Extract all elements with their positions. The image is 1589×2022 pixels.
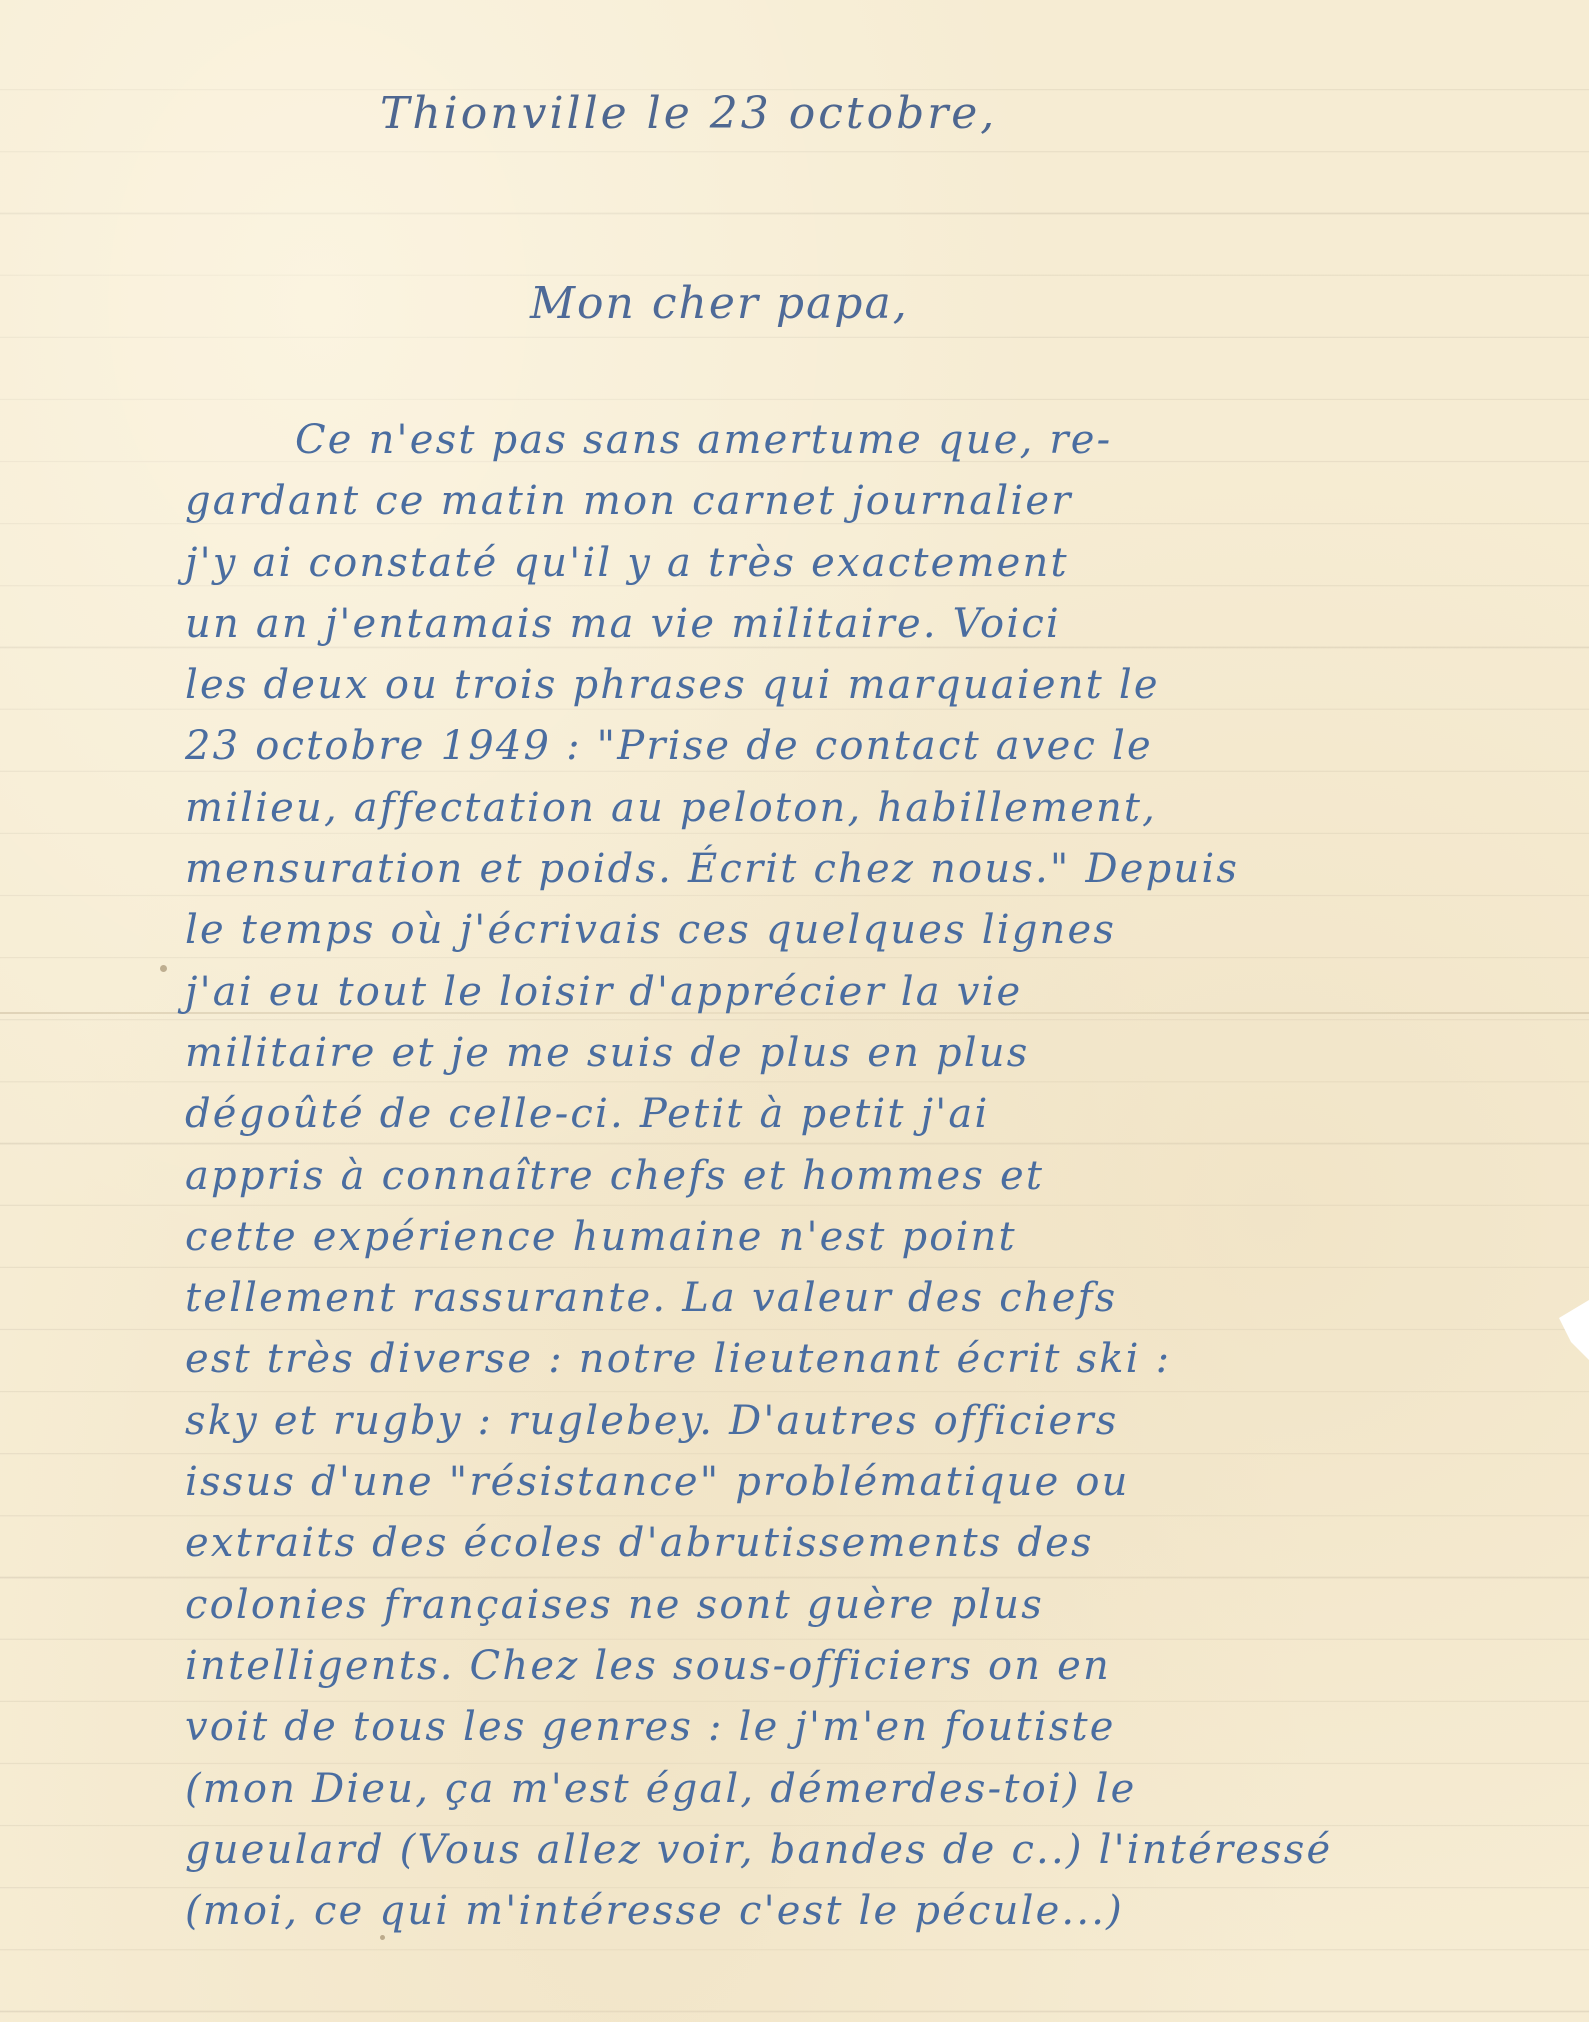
letter-line: gardant ce matin mon carnet journalier: [185, 471, 1585, 532]
letter-line: les deux ou trois phrases qui marquaient…: [185, 655, 1585, 716]
letter-line: cette expérience humaine n'est point: [185, 1207, 1585, 1268]
letter-line: 23 octobre 1949 : "Prise de contact avec…: [185, 716, 1585, 777]
letter-line: voit de tous les genres : le j'm'en fout…: [185, 1697, 1585, 1758]
letter-line: gueulard (Vous allez voir, bandes de c..…: [185, 1820, 1585, 1881]
letter-line: dégoûté de celle-ci. Petit à petit j'ai: [185, 1084, 1585, 1145]
letter-line: milieu, affectation au peloton, habillem…: [185, 778, 1585, 839]
letter-line: sky et rugby : ruglebey. D'autres offici…: [185, 1391, 1585, 1452]
letter-line: issus d'une "résistance" problématique o…: [185, 1452, 1585, 1513]
letter-line: mensuration et poids. Écrit chez nous." …: [185, 839, 1585, 900]
letter-line: un an j'entamais ma vie militaire. Voici: [185, 594, 1585, 655]
letter-line: colonies françaises ne sont guère plus: [185, 1575, 1585, 1636]
letter-line: extraits des écoles d'abrutissements des: [185, 1513, 1585, 1574]
letter-body: Ce n'est pas sans amertume que, re- gard…: [185, 410, 1585, 1942]
letter-salutation: Mon cher papa,: [530, 278, 909, 329]
letter-line: Ce n'est pas sans amertume que, re-: [185, 410, 1585, 471]
letter-line: tellement rassurante. La valeur des chef…: [185, 1268, 1585, 1329]
letter-page: Thionville le 23 octobre, Mon cher papa,…: [0, 0, 1589, 2022]
letter-line: (moi, ce qui m'intéresse c'est le pécule…: [185, 1881, 1585, 1942]
letter-line: est très diverse : notre lieutenant écri…: [185, 1329, 1585, 1390]
letter-line: appris à connaître chefs et hommes et: [185, 1146, 1585, 1207]
letter-line: intelligents. Chez les sous-officiers on…: [185, 1636, 1585, 1697]
letter-line: militaire et je me suis de plus en plus: [185, 1023, 1585, 1084]
letter-line: (mon Dieu, ça m'est égal, démerdes-toi) …: [185, 1759, 1585, 1820]
letter-line: j'y ai constaté qu'il y a très exactemen…: [185, 533, 1585, 594]
letter-dateline: Thionville le 23 octobre,: [380, 88, 997, 139]
letter-line: j'ai eu tout le loisir d'apprécier la vi…: [185, 962, 1585, 1023]
letter-line: le temps où j'écrivais ces quelques lign…: [185, 900, 1585, 961]
ink-spot: [160, 965, 167, 972]
